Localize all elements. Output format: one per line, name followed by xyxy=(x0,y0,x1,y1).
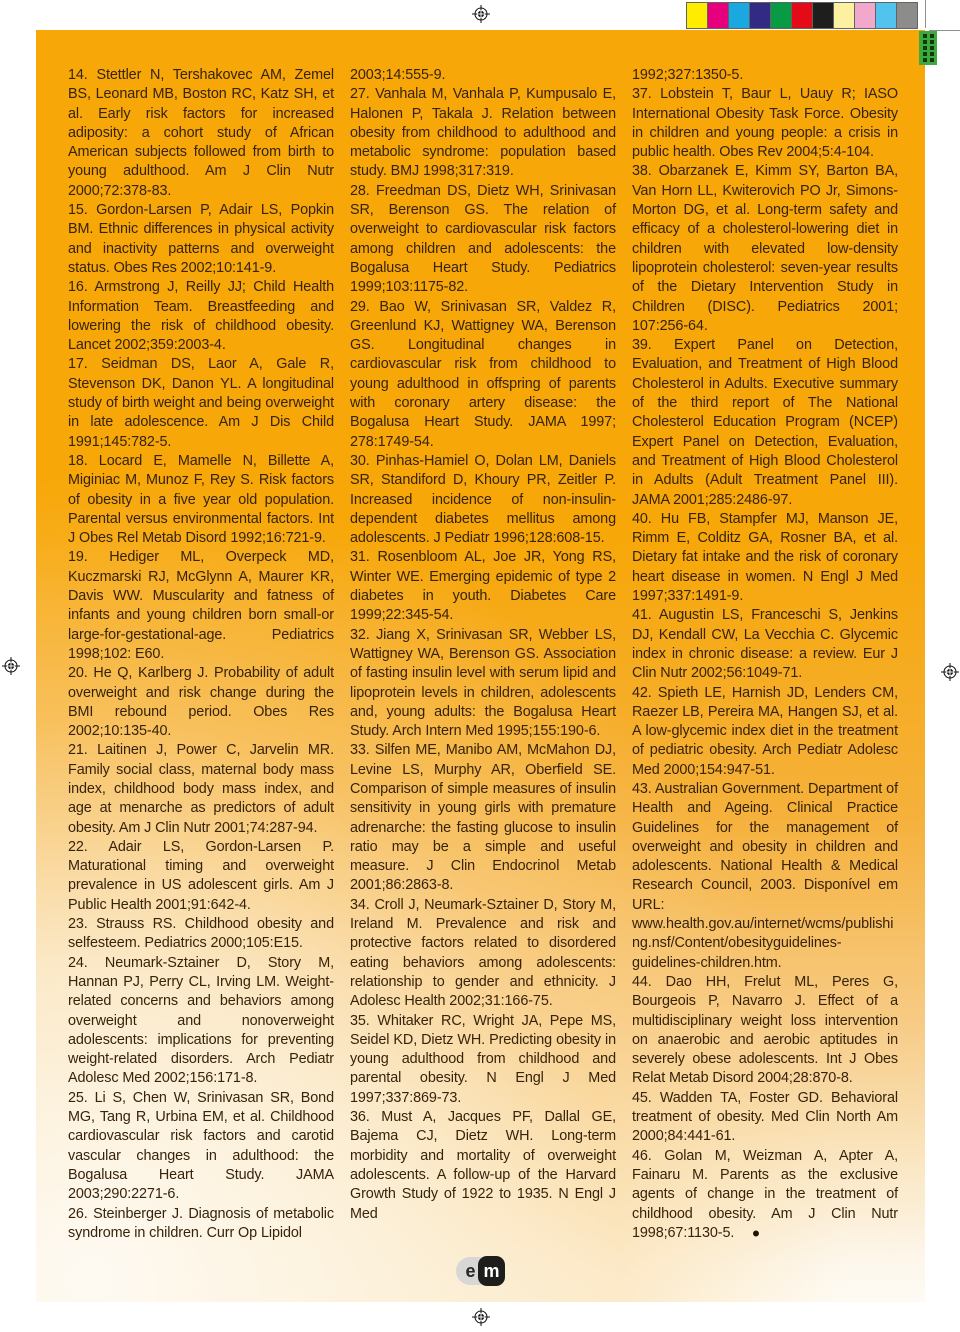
color-bar-swatch xyxy=(897,3,917,28)
reference-item: 45. Wadden TA, Foster GD. Behavioral tre… xyxy=(632,1089,898,1147)
journal-references-page: 14. Stettler N, Tershakovec AM, Zemel BS… xyxy=(0,0,960,1332)
reference-item: 2003;14:555-9. xyxy=(350,66,616,85)
color-bar-swatch xyxy=(687,3,707,28)
reference-item: 42. Spieth LE, Harnish JD, Lenders CM, R… xyxy=(632,684,898,780)
references-column-middle: 2003;14:555-9.27. Vanhala M, Vanhala P, … xyxy=(350,66,616,1243)
reference-item: 36. Must A, Jacques PF, Dallal GE, Bajem… xyxy=(350,1108,616,1224)
color-bar-swatch xyxy=(771,3,791,28)
reference-item: 33. Silfen ME, Manibo AM, McMahon DJ, Le… xyxy=(350,741,616,895)
registration-mark-top-icon xyxy=(472,5,490,23)
reference-item: 16. Armstrong J, Reilly JJ; Child Health… xyxy=(68,278,334,355)
reference-item: 30. Pinhas-Hamiel O, Dolan LM, Daniels S… xyxy=(350,452,616,548)
color-bar-swatch xyxy=(855,3,875,28)
reference-item: 31. Rosenbloom AL, Joe JR, Yong RS, Wint… xyxy=(350,548,616,625)
color-bar-swatch xyxy=(834,3,854,28)
reference-item: 40. Hu FB, Stampfer MJ, Manson JE, Rimm … xyxy=(632,510,898,606)
registration-mark-left-icon xyxy=(2,657,20,675)
reference-item: 27. Vanhala M, Vanhala P, Kumpusalo E, H… xyxy=(350,85,616,181)
em-logo: e m xyxy=(456,1256,505,1286)
color-bar-swatch xyxy=(729,3,749,28)
color-bar-swatch xyxy=(708,3,728,28)
color-bar-swatch xyxy=(750,3,770,28)
color-bar-swatch xyxy=(813,3,833,28)
reference-item: 22. Adair LS, Gordon-Larsen P. Maturatio… xyxy=(68,838,334,915)
references-column-left: 14. Stettler N, Tershakovec AM, Zemel BS… xyxy=(68,66,334,1243)
reference-item: 23. Strauss RS. Childhood obesity and se… xyxy=(68,915,334,954)
reference-item: 32. Jiang X, Srinivasan SR, Webber LS, W… xyxy=(350,626,616,742)
reference-item: 1992;327:1350-5. xyxy=(632,66,898,85)
color-bar-swatch xyxy=(876,3,896,28)
reference-item: 15. Gordon-Larsen P, Adair LS, Popkin BM… xyxy=(68,201,334,278)
registration-mark-bottom-icon xyxy=(472,1308,490,1326)
reference-item: 29. Bao W, Srinivasan SR, Valdez R, Gree… xyxy=(350,298,616,452)
color-bar-swatch xyxy=(792,3,812,28)
reference-item: 43. Australian Government. Department of… xyxy=(632,780,898,973)
logo-letter-m: m xyxy=(478,1256,505,1286)
reference-item: 39. Expert Panel on Detection, Evaluatio… xyxy=(632,336,898,510)
reference-item: 37. Lobstein T, Baur L, Uauy R; IASO Int… xyxy=(632,85,898,162)
reference-item: 14. Stettler N, Tershakovec AM, Zemel BS… xyxy=(68,66,334,201)
reference-item: 35. Whitaker RC, Wright JA, Pepe MS, Sei… xyxy=(350,1012,616,1108)
fold-mark xyxy=(919,31,937,65)
reference-item: 17. Seidman DS, Laor A, Gale R, Stevenso… xyxy=(68,355,334,451)
reference-item: 44. Dao HH, Frelut ML, Peres G, Bourgeoi… xyxy=(632,973,898,1089)
reference-item: 38. Obarzanek E, Kimm SY, Barton BA, Van… xyxy=(632,162,898,336)
reference-item: 34. Croll J, Neumark-Sztainer D, Story M… xyxy=(350,896,616,1012)
reference-item: 19. Hediger ML, Overpeck MD, Kuczmarski … xyxy=(68,548,334,664)
reference-item: 24. Neumark-Sztainer D, Story M, Hannan … xyxy=(68,954,334,1089)
references-column-right: 1992;327:1350-5.37. Lobstein T, Baur L, … xyxy=(632,66,898,1243)
print-color-bar xyxy=(686,2,918,29)
reference-item: 28. Freedman DS, Dietz WH, Srinivasan SR… xyxy=(350,182,616,298)
end-of-article-dot: • xyxy=(748,1223,764,1245)
registration-mark-right-icon xyxy=(941,663,959,681)
reference-item: 26. Steinberger J. Diagnosis of metaboli… xyxy=(68,1205,334,1244)
reference-item: 25. Li S, Chen W, Srinivasan SR, Bond MG… xyxy=(68,1089,334,1205)
reference-item: 41. Augustin LS, Franceschi S, Jenkins D… xyxy=(632,606,898,683)
reference-item: 20. He Q, Karlberg J. Probability of adu… xyxy=(68,664,334,741)
references-section: 14. Stettler N, Tershakovec AM, Zemel BS… xyxy=(68,66,898,1243)
reference-item: 46. Golan M, Weizman A, Apter A, Fainaru… xyxy=(632,1147,898,1243)
reference-item: 21. Laitinen J, Power C, Jarvelin MR. Fa… xyxy=(68,741,334,837)
reference-item: 18. Locard E, Mamelle N, Billette A, Mig… xyxy=(68,452,334,548)
trim-mark-vertical xyxy=(925,0,926,28)
